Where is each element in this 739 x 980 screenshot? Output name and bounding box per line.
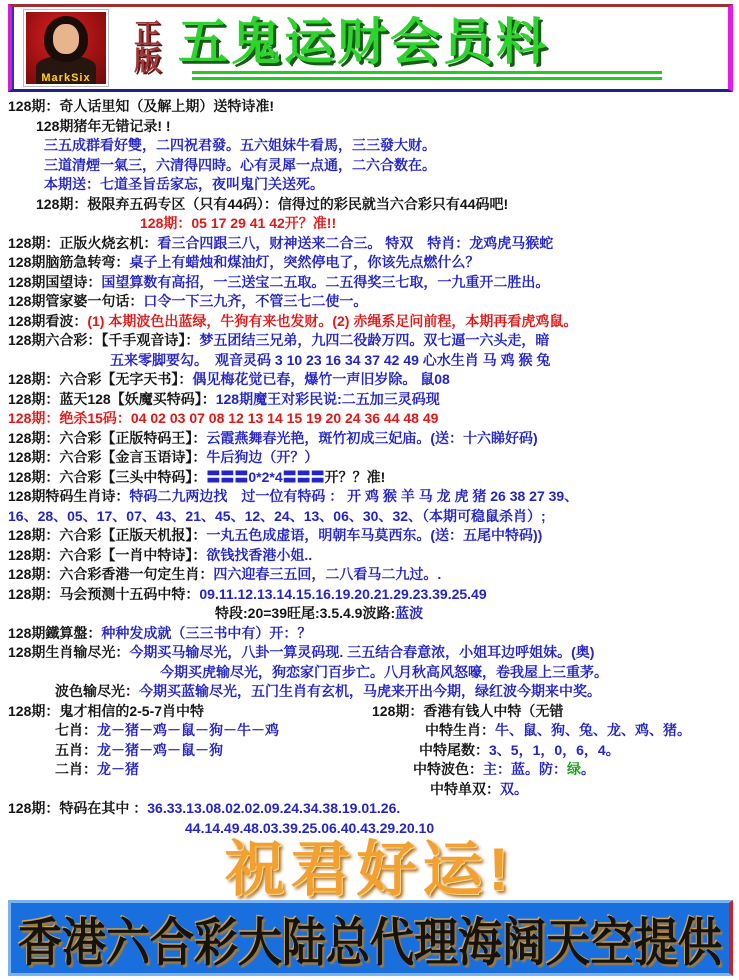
column: 128期：香港有钱人中特（无错 [360, 702, 739, 722]
column: 七肖：龙－猪－鸡－鼠－狗－牛－鸡 [0, 721, 407, 741]
text-line: 128期特码生肖诗：特码二九两边找 过一位有特码 ： 开 鸡 猴 羊 马 龙 虎… [0, 487, 739, 507]
text-segment: 128期：正版火烧玄机： [8, 235, 157, 251]
text-line: 128期管家婆一句话：口令一下三九齐，不管三七二使一。 [0, 292, 739, 312]
text-segment: 128期看波： [8, 313, 87, 329]
text-line: 128期：六合彩【金言玉语诗】：牛后狗边（开？） [0, 448, 739, 468]
text-segment: 128期：绝杀15码：04 02 03 07 08 12 13 14 15 19… [8, 410, 438, 426]
text-segment: 44.14.49.48.03.39.25.06.40.43.29.20.10 [185, 820, 434, 836]
text-segment: 三道清煙一氣三，六清得四時。心有灵犀一点通，二六合数在。 [44, 157, 436, 173]
text-segment: 双。 [500, 781, 528, 797]
text-segment: 今期买蓝输尽光，五门生肖有玄机，马虎来开出今期，绿红波今期来中奖。 [139, 683, 601, 699]
column [0, 780, 360, 800]
text-segment: 128期国望诗： [8, 274, 101, 290]
text-segment: 。 [581, 761, 595, 777]
text-line: 16、28、05、17、07、43、21、45、12、24、13、06、30、3… [0, 507, 739, 527]
portrait-face [53, 24, 79, 54]
text-line: 七肖：龙－猪－鸡－鼠－狗－牛－鸡中特生肖：牛、鼠、狗、兔、龙、鸡、猪。 [0, 721, 739, 741]
text-segment: 128期：六合彩【金言玉语诗】： [8, 449, 206, 465]
text-segment: 龙－猪 [97, 761, 139, 777]
text-segment: 七肖： [55, 722, 97, 738]
text-segment: 特码二九两边找 过一位有特码 ： 开 鸡 猴 羊 马 龙 虎 猪 26 38 2… [129, 488, 578, 504]
text-line: 五来零脚要勾。 观音灵码 3 10 23 16 34 37 42 49 心水生肖… [0, 351, 739, 371]
column: 五肖：龙－猪－鸡－鼠－狗 [0, 741, 407, 761]
text-line: 128期：极限弃五码专区（只有44码）：信得过的彩民就当六合彩只有44码吧! [0, 195, 739, 215]
text-segment: 128期猪年无错记录! ! [36, 118, 171, 134]
flyer-page: MarkSix 正版 五鬼运财会员料 128期：奇人话里知（及解上期）送特诗准!… [0, 0, 739, 980]
text-segment: 128期：香港有钱人中特（无错 [372, 703, 563, 719]
text-line: 128期：绝杀15码：04 02 03 07 08 12 13 14 15 19… [0, 409, 739, 429]
column: 128期：鬼才相信的2-5-7肖中特 [0, 702, 360, 722]
text-line: 波色输尽光：今期买蓝输尽光，五门生肖有玄机，马虎来开出今期，绿红波今期来中奖。 [0, 682, 739, 702]
text-segment: 一丸五色成虚语，明朝车马莫西东。(送：五尾中特码)) [206, 527, 542, 543]
text-segment: 三五成群看好雙，二四祝君發。五六姐妹牛看馬，三三發大财。 [44, 137, 436, 153]
text-segment: 09.11.12.13.14.15.16.19.20.21.29.23.39.2… [199, 586, 486, 602]
text-segment: 波色输尽光： [55, 683, 139, 699]
edition-label: 正版 [134, 21, 168, 75]
text-segment: 128期：六合彩香港一句定生肖： [8, 566, 213, 582]
text-line: 128期：六合彩【一肖中特诗】：欲钱找香港小姐.. [0, 546, 739, 566]
text-segment: 128期：六合彩【正版特码王】： [8, 430, 206, 446]
header-frame: MarkSix 正版 五鬼运财会员料 [8, 4, 733, 92]
text-line: 本期送：七道圣旨岳家忘，夜叫鬼门关送死。 [0, 175, 739, 195]
column: 中特生肖：牛、鼠、狗、兔、龙、鸡、猪。 [407, 721, 739, 741]
text-segment: 128期：极限弃五码专区（只有44码）：信得过的彩民就当六合彩只有44码吧! [36, 196, 508, 212]
text-line: 三道清煙一氣三，六清得四時。心有灵犀一点通，二六合数在。 [0, 156, 739, 176]
photo-caption: MarkSix [26, 72, 106, 84]
text-line: 128期：正版火烧玄机：看三合四跟三八，财神送来二合三。 特双 特肖：龙鸡虎马猴… [0, 234, 739, 254]
text-segment: 种种发成就（三三书中有）开：？ [101, 625, 311, 641]
text-line: 128期：马会预测十五码中特：09.11.12.13.14.15.16.19.2… [0, 585, 739, 605]
text-line: 128期：六合彩【正版天机报】：一丸五色成虚语，明朝车马莫西东。(送：五尾中特码… [0, 526, 739, 546]
text-segment: 128期特码生肖诗： [8, 488, 129, 504]
text-line: 128期：05 17 29 41 42开？准!! [0, 214, 739, 234]
text-line: 128期脑筋急转弯：桌子上有蜡烛和煤油灯，突然停电了，你该先点燃什么？ [0, 253, 739, 273]
text-line: 128期：特码在其中 ：36.33.13.08.02.02.09.24.34.3… [0, 799, 739, 819]
good-luck-text: 祝君好运! [0, 840, 739, 900]
text-segment: 中特单双： [430, 781, 500, 797]
text-segment: 中特生肖： [425, 722, 495, 738]
text-segment: 桌子上有蜡烛和煤油灯，突然停电了，你该先点燃什么？ [129, 254, 479, 270]
text-segment: 四六迎春三五回，二八看马二九过。. [213, 566, 441, 582]
text-segment: 龙－猪－鸡－鼠－狗－牛－鸡 [97, 722, 279, 738]
title-underline [192, 77, 662, 80]
text-line: 128期猪年无错记录! ! [0, 117, 739, 137]
text-segment: 本期送：七道圣旨岳家忘，夜叫鬼门关送死。 [44, 176, 324, 192]
text-segment: 主：蓝。防： [483, 761, 567, 777]
column: 中特单双：双。 [360, 780, 739, 800]
footer-banner-text: 香港六合彩大陆总代理海阔天空提供 [18, 900, 722, 976]
text-segment: 128期六合彩：【千手观音诗】： [8, 332, 199, 348]
text-segment: 128期魔王对彩民说:二五加三灵码现 [216, 391, 440, 407]
text-line: 五肖：龙－猪－鸡－鼠－狗中特尾数：3、5，1，0，6，4。 [0, 741, 739, 761]
column: 中特尾数：3、5，1，0，6，4。 [407, 741, 739, 761]
text-segment: 二肖： [55, 761, 97, 777]
text-line: 128期生肖输尽光：今期买马输尽光，八卦一算灵码现. 三五结合春意浓，小姐耳边呼… [0, 643, 739, 663]
text-segment: 128期：六合彩【三头中特码】： [8, 469, 206, 485]
text-segment: 128期：马会预测十五码中特： [8, 586, 199, 602]
header: MarkSix 正版 五鬼运财会员料 [12, 7, 728, 89]
portrait-photo: MarkSix [24, 10, 108, 86]
text-line: 二肖：龙－猪中特波色：主：蓝。防：绿。 [0, 760, 739, 780]
text-segment: 欲钱找香港小姐.. [206, 547, 312, 563]
title-wrap: 五鬼运财会员料 [178, 16, 720, 80]
text-line: 128期：六合彩【三头中特码】：〓〓〓0*2*4〓〓〓开？？准! [0, 468, 739, 488]
text-segment: 牛、鼠、狗、兔、龙、鸡、猪。 [495, 722, 691, 738]
body-lines: 128期：奇人话里知（及解上期）送特诗准!128期猪年无错记录! !三五成群看好… [0, 92, 739, 838]
text-segment: 128期：05 17 29 41 42开？准!! [140, 215, 336, 231]
text-segment: 128期：蓝天128【妖魔买特码】： [8, 391, 216, 407]
text-line: 128期：六合彩香港一句定生肖：四六迎春三五回，二八看马二九过。. [0, 565, 739, 585]
text-segment: 五肖： [55, 742, 97, 758]
text-line: 128期：六合彩【正版特码王】：云霞燕舞春光艳，斑竹初成三妃庙。(送：十六睇好码… [0, 429, 739, 449]
text-line: 128期鐵算盤：种种发成就（三三书中有）开：？ [0, 624, 739, 644]
text-segment: 开？？准! [325, 469, 386, 485]
text-segment: 128期：奇人话里知（及解上期）送特诗准! [8, 98, 274, 114]
text-segment: 128期生肖输尽光： [8, 644, 129, 660]
text-segment: 偶见梅花觉已春，爆竹一声旧岁除。 鼠08 [192, 371, 449, 387]
text-segment: 云霞燕舞春光艳，斑竹初成三妃庙。(送：十六睇好码) [206, 430, 537, 446]
text-segment: 梦五团结三兄弟，九四二役龄万四。双七逼一六头走，暗 [199, 332, 549, 348]
text-line: 特段:20=39旺尾:3.5.4.9波路:蓝波 [0, 604, 739, 624]
column: 二肖：龙－猪 [0, 760, 407, 780]
text-segment: 龙－猪－鸡－鼠－狗 [97, 742, 223, 758]
text-line: 128期：蓝天128【妖魔买特码】：128期魔王对彩民说:二五加三灵码现 [0, 390, 739, 410]
text-segment: 16、28、05、17、07、43、21、45、12、24、13、06、30、3… [8, 508, 546, 524]
text-segment: 绿 [567, 761, 581, 777]
page-title: 五鬼运财会员料 [178, 16, 549, 68]
text-segment: 中特波色： [413, 761, 483, 777]
text-segment: 今期买马输尽光，八卦一算灵码现. 三五结合春意浓，小姐耳边呼姐妹。(奥) [129, 644, 594, 660]
text-segment: 蓝波 [395, 605, 423, 621]
text-segment: (1) 本期波色出蓝绿，牛狗有来也发财。(2) 赤绳系足问前程，本期再看虎鸡鼠。 [87, 313, 577, 329]
footer-banner: 香港六合彩大陆总代理海阔天空提供 [8, 900, 733, 976]
text-segment: 特段:20=39旺尾:3.5.4.9波路: [215, 605, 395, 621]
text-segment: 128期管家婆一句话： [8, 293, 143, 309]
text-segment: 口令一下三九齐，不管三七二使一。 [143, 293, 367, 309]
text-line: 128期：鬼才相信的2-5-7肖中特128期：香港有钱人中特（无错 [0, 702, 739, 722]
text-segment: 128期鐵算盤： [8, 625, 101, 641]
text-segment: 128期：特码在其中 ： [8, 800, 147, 816]
text-segment: 128期脑筋急转弯： [8, 254, 129, 270]
text-line: 128期：奇人话里知（及解上期）送特诗准! [0, 97, 739, 117]
text-segment: 牛后狗边（开？） [206, 449, 318, 465]
text-segment: 看三合四跟三八，财神送来二合三。 特双 特肖：龙鸡虎马猴蛇 [157, 235, 553, 251]
title-underline [192, 71, 662, 74]
text-segment: 3、5，1，0，6，4。 [489, 742, 620, 758]
text-segment: 128期：六合彩【正版天机报】： [8, 527, 206, 543]
text-line: 128期看波：(1) 本期波色出蓝绿，牛狗有来也发财。(2) 赤绳系足问前程，本… [0, 312, 739, 332]
text-segment: 〓〓〓0*2*4〓〓〓 [206, 469, 324, 485]
text-segment: 128期：六合彩【一肖中特诗】： [8, 547, 206, 563]
text-line: 128期国望诗：国望算数有高招，一三送宝二五取。二五得奖三七取，一九重开二胜出。 [0, 273, 739, 293]
text-line: 三五成群看好雙，二四祝君發。五六姐妹牛看馬，三三發大财。 [0, 136, 739, 156]
text-line: 128期：六合彩【无字天书】：偶见梅花觉已春，爆竹一声旧岁除。 鼠08 [0, 370, 739, 390]
text-segment: 128期：六合彩【无字天书】： [8, 371, 192, 387]
text-segment: 中特尾数： [419, 742, 489, 758]
text-segment: 今期买虎输尽光，狗恋家门百步亡。八月秋高风怒嚎，卷我屋上三重茅。 [160, 664, 608, 680]
text-line: 中特单双：双。 [0, 780, 739, 800]
text-line: 今期买虎输尽光，狗恋家门百步亡。八月秋高风怒嚎，卷我屋上三重茅。 [0, 663, 739, 683]
text-segment: 国望算数有高招，一三送宝二五取。二五得奖三七取，一九重开二胜出。 [101, 274, 549, 290]
text-segment: 128期：鬼才相信的2-5-7肖中特 [8, 703, 204, 719]
column: 中特波色：主：蓝。防：绿。 [407, 760, 739, 780]
text-line: 128期六合彩：【千手观音诗】：梦五团结三兄弟，九四二役龄万四。双七逼一六头走，… [0, 331, 739, 351]
text-segment: 五来零脚要勾。 观音灵码 3 10 23 16 34 37 42 49 心水生肖… [110, 352, 550, 368]
text-segment: 36.33.13.08.02.02.09.24.34.38.19.01.26. [147, 800, 400, 816]
